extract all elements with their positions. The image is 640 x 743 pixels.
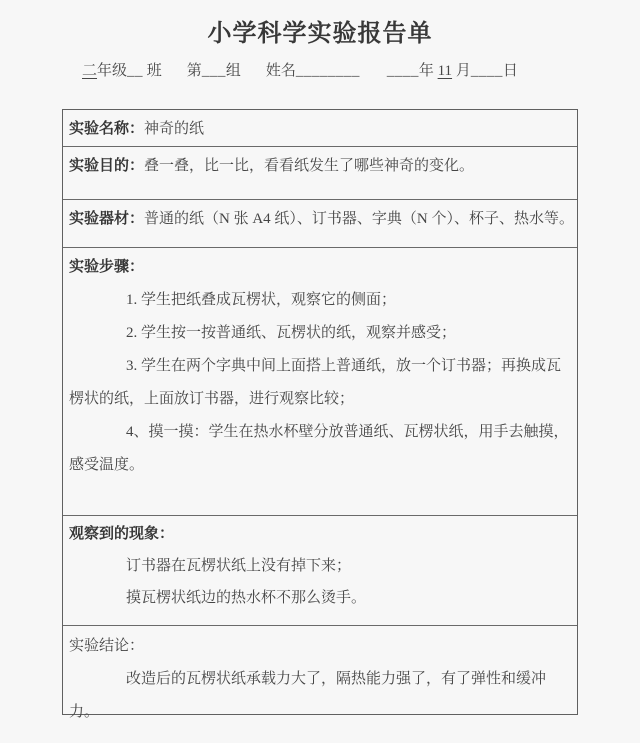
- row-observations: 观察到的现象： 订书器在瓦楞状纸上没有掉下来； 摸瓦楞状纸边的热水杯不那么烫手。: [63, 516, 577, 626]
- experiment-name-label: 实验名称：: [69, 121, 144, 137]
- experiment-purpose-label: 实验目的：: [69, 158, 144, 174]
- day-blank: ____: [471, 63, 503, 79]
- report-page: 小学科学实验报告单 二年级__ 班第___组姓名____________年 11…: [0, 0, 640, 715]
- year-label: 年: [419, 63, 434, 79]
- experiment-steps-label: 实验步骤：: [69, 251, 575, 284]
- name-label: 姓名: [266, 63, 296, 79]
- experiment-step-2: 2. 学生按一按普通纸、瓦楞状的纸，观察并感受；: [69, 317, 575, 350]
- experiment-step-4: 4、摸一摸：学生在热水杯壁分放普通纸、瓦楞状纸，用手去触摸，感受温度。: [69, 416, 575, 482]
- experiment-step-1: 1. 学生把纸叠成瓦楞状，观察它的侧面；: [69, 284, 575, 317]
- row-experiment-materials: 实验器材：普通的纸（N 张 A4 纸）、订书器、字典（N 个）、杯子、热水等。: [63, 200, 577, 248]
- experiment-step-3: 3. 学生在两个字典中间上面搭上普通纸，放一个订书器；再换成瓦楞状的纸，上面放订…: [69, 350, 575, 416]
- day-label: 日: [503, 63, 518, 79]
- group-prefix: 第: [187, 63, 202, 79]
- row-experiment-name: 实验名称：神奇的纸: [63, 110, 577, 147]
- name-group: 姓名________: [266, 63, 360, 79]
- class-label: 班: [147, 63, 162, 79]
- year-blank: ____: [387, 63, 419, 79]
- experiment-name-value: 神奇的纸: [144, 121, 204, 137]
- conclusion-value: 改造后的瓦楞状纸承载力大了，隔热能力强了，有了弹性和缓冲力。: [69, 663, 575, 729]
- row-conclusion: 实验结论： 改造后的瓦楞状纸承载力大了，隔热能力强了，有了弹性和缓冲力。: [63, 626, 577, 714]
- experiment-materials-value: 普通的纸（N 张 A4 纸）、订书器、字典（N 个）、杯子、热水等。: [144, 211, 574, 227]
- grade-label: 年级: [97, 63, 127, 79]
- group-suffix: 组: [226, 63, 241, 79]
- group-blank: ___: [202, 63, 226, 79]
- experiment-purpose-value: 叠一叠，比一比，看看纸发生了哪些神奇的变化。: [144, 158, 474, 174]
- class-blank: __: [127, 63, 143, 79]
- row-experiment-purpose: 实验目的：叠一叠，比一比，看看纸发生了哪些神奇的变化。: [63, 147, 577, 200]
- month-label: 月: [456, 63, 471, 79]
- group-number-group: 第___组: [187, 63, 241, 79]
- conclusion-label: 实验结论：: [69, 630, 575, 663]
- month-value: 11: [438, 63, 452, 79]
- observation-2: 摸瓦楞状纸边的热水杯不那么烫手。: [69, 582, 575, 614]
- observation-1: 订书器在瓦楞状纸上没有掉下来；: [69, 550, 575, 582]
- row-experiment-steps: 实验步骤： 1. 学生把纸叠成瓦楞状，观察它的侧面； 2. 学生按一按普通纸、瓦…: [63, 248, 577, 516]
- page-title: 小学科学实验报告单: [0, 0, 640, 48]
- experiment-materials-label: 实验器材：: [69, 211, 144, 227]
- grade-value: 二: [82, 63, 97, 79]
- experiment-materials-line: 实验器材：普通的纸（N 张 A4 纸）、订书器、字典（N 个）、杯子、热水等。: [69, 209, 575, 229]
- date-group: ____年 11 月____日: [387, 63, 518, 79]
- form-header: 二年级__ 班第___组姓名____________年 11 月____日: [82, 62, 640, 81]
- experiment-report-table: 实验名称：神奇的纸 实验目的：叠一叠，比一比，看看纸发生了哪些神奇的变化。 实验…: [62, 109, 578, 715]
- observations-label: 观察到的现象：: [69, 518, 575, 550]
- grade-class-group: 二年级__ 班: [82, 63, 162, 79]
- name-blank: ________: [296, 63, 360, 79]
